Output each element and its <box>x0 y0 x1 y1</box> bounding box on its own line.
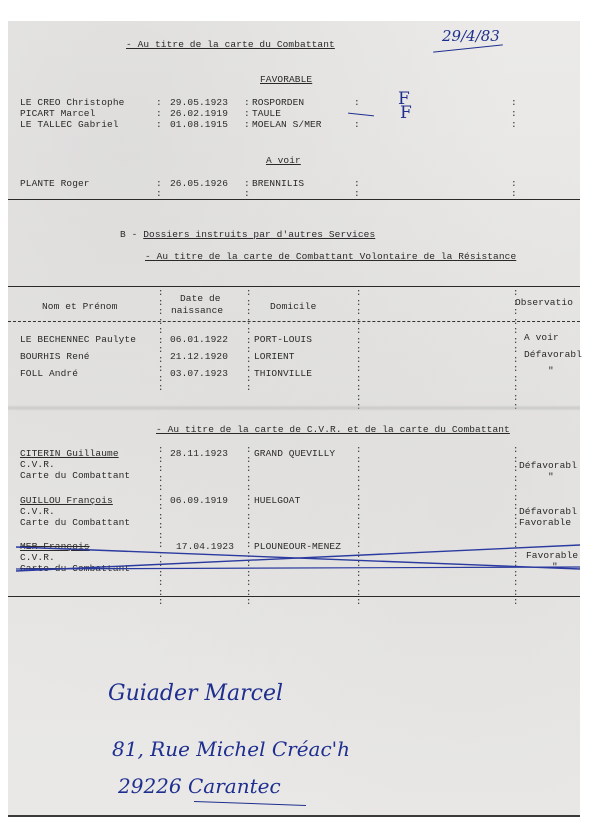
pen-strikethrough-icon <box>8 21 580 815</box>
document-page: 29/4/83 - Au titre de la carte du Combat… <box>8 21 580 817</box>
signature-name: Guiader Marcel <box>108 681 283 706</box>
signature-address-line1: 81, Rue Michel Créac'h <box>112 737 350 761</box>
signature-address-line2: 29226 Carantec <box>118 774 281 798</box>
